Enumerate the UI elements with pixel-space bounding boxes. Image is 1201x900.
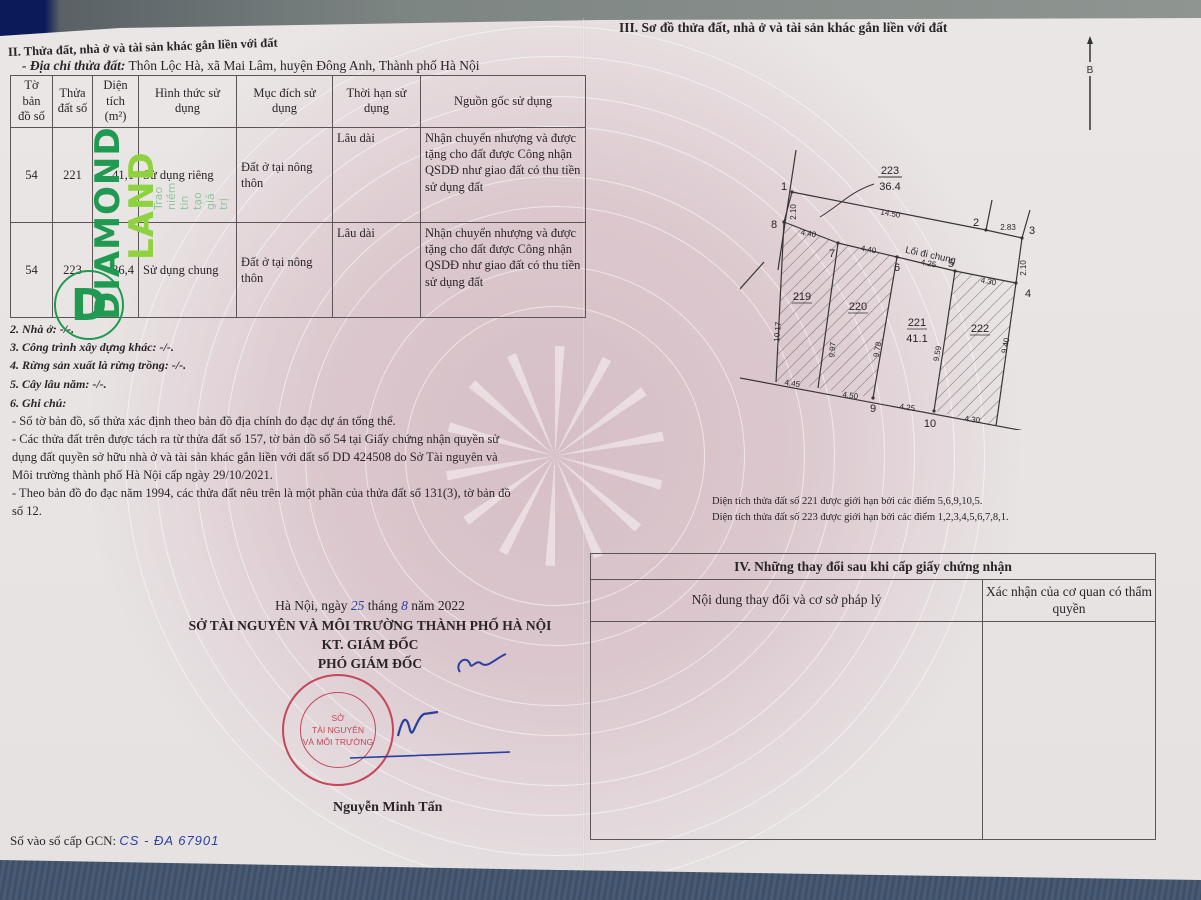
date-month: 8	[401, 598, 408, 613]
cell-map-sheet: 54	[11, 127, 53, 222]
registration-number: Số vào sổ cấp GCN: CS - ĐA 67901	[10, 833, 219, 849]
svg-text:9.40: 9.40	[1000, 337, 1012, 354]
parcel-diagram: 22336.41234567891021922022141.1222Lối đi…	[740, 150, 1040, 430]
cell-area: 41,1	[93, 127, 139, 222]
svg-text:7: 7	[829, 248, 835, 260]
item-perennial-trees: 5. Cây lâu năm: -/-.	[10, 377, 107, 392]
section-3-title: III. Sơ đồ thửa đất, nhà ở và tài sản kh…	[619, 20, 947, 36]
header-area: Diện tích (m²)	[93, 76, 139, 128]
header-parcel: Thửa đất số	[53, 76, 93, 128]
cell-usage-form: Sử dụng riêng	[139, 127, 237, 222]
table-header-row: Tờ bản đồ số Thửa đất số Diện tích (m²) …	[11, 76, 586, 128]
land-parcel-table: Tờ bản đồ số Thửa đất số Diện tích (m²) …	[10, 75, 586, 318]
changes-confirmation-cell	[983, 622, 1156, 840]
svg-text:219: 219	[793, 291, 811, 303]
issue-date: Hà Nội, ngày 25 tháng 8 năm 2022	[160, 598, 580, 614]
svg-text:4.50: 4.50	[842, 390, 859, 401]
address-line: - Địa chỉ thửa đất: Thôn Lộc Hà, xã Mai …	[22, 58, 480, 74]
svg-text:1: 1	[781, 181, 787, 193]
item-other-construction: 3. Công trình xây dựng khác: -/-.	[10, 340, 174, 355]
svg-text:2.10: 2.10	[1019, 260, 1028, 276]
remarks-list: - Số tờ bản đồ, số thửa xác định theo bả…	[12, 412, 512, 520]
item-house: 2. Nhà ở: -/-.	[10, 322, 74, 337]
svg-text:41.1: 41.1	[906, 333, 927, 345]
header-purpose: Mục đích sử dụng	[237, 76, 333, 128]
changes-table: IV. Những thay đổi sau khi cấp giấy chứn…	[590, 553, 1156, 840]
svg-text:14.50: 14.50	[880, 207, 902, 219]
header-usage-form: Hình thức sử dụng	[139, 76, 237, 128]
registration-value: CS - ĐA 67901	[119, 833, 219, 848]
diagram-note: Diện tích thửa đất số 221 được giới hạn …	[712, 494, 1009, 510]
address-label: - Địa chỉ thửa đất:	[22, 58, 125, 73]
svg-text:4.45: 4.45	[784, 378, 801, 389]
svg-text:223: 223	[881, 165, 899, 177]
diagram-note: Diện tích thửa đất số 223 được giới hạn …	[712, 510, 1009, 526]
cell-usage-form: Sử dụng chung	[139, 222, 237, 317]
item-production-forest: 4. Rừng sản xuất là rừng trồng: -/-.	[10, 358, 186, 373]
north-arrow-icon: B	[1084, 36, 1096, 136]
remark-item: - Các thửa đất trên được tách ra từ thửa…	[12, 430, 512, 484]
svg-text:2: 2	[973, 217, 979, 229]
table-row: 54 221 41,1 Sử dụng riêng Đất ở tại nông…	[11, 127, 586, 222]
svg-text:9.97: 9.97	[827, 341, 837, 358]
remark-item: - Theo bản đồ đo đạc năm 1994, các thửa …	[12, 484, 512, 520]
svg-text:220: 220	[849, 301, 867, 313]
signer-role-2: PHÓ GIÁM ĐỐC	[160, 656, 580, 672]
cell-term: Lâu dài	[333, 127, 421, 222]
cell-term: Lâu dài	[333, 222, 421, 317]
date-year: năm 2022	[411, 598, 465, 613]
cell-origin: Nhận chuyển nhượng và được tặng cho đất …	[421, 222, 586, 317]
svg-text:222: 222	[971, 323, 989, 335]
cell-purpose: Đất ở tại nông thôn	[237, 127, 333, 222]
svg-text:10: 10	[924, 418, 936, 430]
date-month-label: tháng	[368, 598, 398, 613]
signer-role-1: KT. GIÁM ĐỐC	[160, 637, 580, 653]
changes-col-confirmation: Xác nhận của cơ quan có thẩm quyền	[983, 580, 1156, 622]
cell-parcel: 221	[53, 127, 93, 222]
changes-content-cell	[591, 622, 983, 840]
cell-origin: Nhận chuyển nhượng và được tặng cho đất …	[421, 127, 586, 222]
diagram-notes: Diện tích thửa đất số 221 được giới hạn …	[712, 494, 1009, 526]
date-day: 25	[351, 598, 365, 613]
item-notes-label: 6. Ghi chú:	[10, 396, 66, 411]
svg-text:8: 8	[771, 219, 777, 231]
svg-text:2.10: 2.10	[789, 204, 798, 220]
signer-name: Nguyễn Minh Tấn	[333, 800, 442, 816]
date-prefix: Hà Nội, ngày	[275, 598, 347, 613]
svg-text:3: 3	[1029, 225, 1035, 237]
svg-text:4.25: 4.25	[899, 402, 916, 413]
svg-text:221: 221	[908, 317, 926, 329]
cell-purpose: Đất ở tại nông thôn	[237, 222, 333, 317]
signature-block: Hà Nội, ngày 25 tháng 8 năm 2022 SỞ TÀI …	[160, 598, 580, 672]
svg-text:6: 6	[894, 262, 900, 274]
cell-area: 36,4	[93, 222, 139, 317]
initials-signature-icon	[452, 650, 512, 680]
svg-text:4.30: 4.30	[964, 414, 981, 425]
cell-parcel: 223	[53, 222, 93, 317]
changes-col-content: Nội dung thay đổi và cơ sở pháp lý	[591, 580, 983, 622]
svg-text:4: 4	[1025, 288, 1031, 300]
issuing-organization: SỞ TÀI NGUYÊN VÀ MÔI TRƯỜNG THÀNH PHỐ HÀ…	[160, 618, 580, 634]
header-map-sheet: Tờ bản đồ số	[11, 76, 53, 128]
svg-text:B: B	[1087, 65, 1094, 76]
address-value: Thôn Lộc Hà, xã Mai Lâm, huyện Đông Anh,…	[128, 58, 479, 73]
section-4-title: IV. Những thay đổi sau khi cấp giấy chứn…	[591, 554, 1156, 580]
svg-text:9.78: 9.78	[872, 341, 884, 358]
registration-label: Số vào sổ cấp GCN:	[10, 833, 116, 848]
remark-item: - Số tờ bản đồ, số thửa xác định theo bả…	[12, 412, 512, 430]
svg-text:10.17: 10.17	[772, 321, 783, 342]
svg-text:4.25: 4.25	[920, 258, 937, 270]
svg-text:36.4: 36.4	[879, 181, 900, 193]
header-term: Thời hạn sử dụng	[333, 76, 421, 128]
table-row: 54 223 36,4 Sử dụng chung Đất ở tại nông…	[11, 222, 586, 317]
svg-text:9: 9	[870, 403, 876, 415]
svg-text:2.83: 2.83	[1000, 223, 1016, 232]
handwritten-signature-icon	[320, 700, 520, 770]
cell-map-sheet: 54	[11, 222, 53, 317]
header-origin: Nguồn gốc sử dụng	[421, 76, 586, 128]
